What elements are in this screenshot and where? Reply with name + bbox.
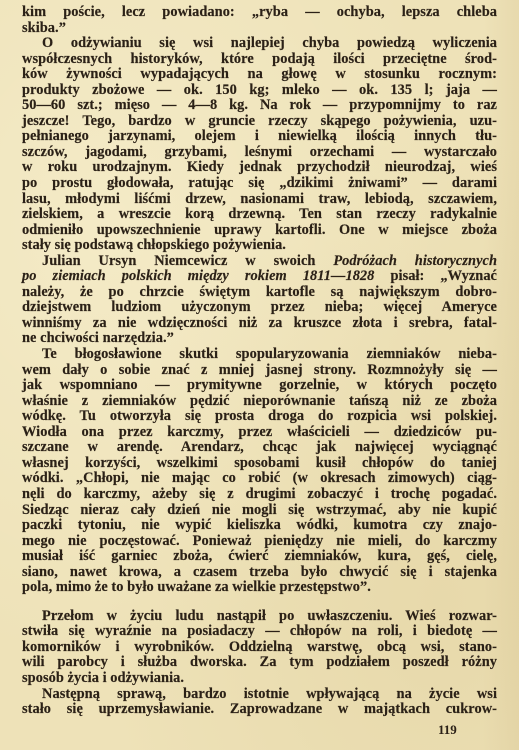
- text-line: w roku urodzajnym. Kiedy jednak przychod…: [22, 160, 497, 176]
- text-line: jeszcze! Tego, bardzo w gruncie rzeczy s…: [22, 114, 497, 130]
- paragraph: Julian Ursyn Niemcewicz w swoich Podróża…: [22, 254, 497, 347]
- text-line: nęli do karczmy, ażeby się z drugimi zob…: [22, 487, 497, 503]
- text-line: Następną sprawą, bardzo istotnie wpływaj…: [22, 687, 497, 703]
- paragraph: Te błogosławione skutki spopularyzowania…: [22, 347, 497, 596]
- text-line: szczów, jagodami, grzybami, leśnymi orze…: [22, 145, 497, 161]
- text-line: Te błogosławione skutki spopularyzowania…: [22, 347, 497, 363]
- book-title-italic: Podróżach historycznych: [333, 253, 497, 269]
- text-line: wili parobcy i służba dworska. Za tym po…: [22, 655, 497, 671]
- text-line: jak wspomniano — prymitywne gorzelnie, w…: [22, 378, 497, 394]
- text-line: współczesnych historyków, które podają i…: [22, 52, 497, 68]
- text-line: ków żywności wypadających na głowę w sto…: [22, 67, 497, 83]
- text-line: stwiła się wyraźnie na posiadaczy — chło…: [22, 624, 497, 640]
- text-line: pełnianego jarzynami, olejem i niewielką…: [22, 129, 497, 145]
- text-line: odmieniło upowszechnienie uprawy kartofl…: [22, 223, 497, 239]
- book-title-italic: po ziemiach polskich między rokiem 1811—…: [22, 268, 374, 284]
- paragraph: O odżywianiu się wsi najlepiej chyba pow…: [22, 36, 497, 254]
- text-line: stało się uprzemysławianie. Zaprowadzane…: [22, 702, 497, 718]
- text-line: Siedząc nieraz cały dzień nie mogli się …: [22, 503, 497, 519]
- text-line: sposób życia i odżywiania.: [22, 671, 497, 687]
- text-line: lasu, młodymi liśćmi drzew, nasionami tr…: [22, 192, 497, 208]
- book-page: kim poście, lecz powiadano: „ryba — ochy…: [0, 0, 519, 750]
- text-line: musiał iść garniec zboża, ćwierć ziemnia…: [22, 549, 497, 565]
- line-text: Julian Ursyn Niemcewicz w swoich: [42, 253, 333, 269]
- text-line: własnej korzyści, wszelkimi sposobami ku…: [22, 456, 497, 472]
- text-line: skiba.”: [22, 21, 497, 37]
- text-line: komorników i wyrobników. Oddzielną warst…: [22, 640, 497, 656]
- page-number: 119: [438, 722, 457, 738]
- text-line: dziejstwem ludziom użyczonym przez nieba…: [22, 300, 497, 316]
- text-line: Wiodła ona przez karczmy, przez właścici…: [22, 425, 497, 441]
- paragraph: Następną sprawą, bardzo istotnie wpływaj…: [22, 687, 497, 718]
- text-line: kim poście, lecz powiadano: „ryba — ochy…: [22, 5, 497, 21]
- text-line: wem dały o sobie znać z mniej jasnej str…: [22, 363, 497, 379]
- text-line: Julian Ursyn Niemcewicz w swoich Podróża…: [22, 254, 497, 270]
- text-line: produkty zbożowe — ok. 150 kg; mleko — o…: [22, 83, 497, 99]
- text-line: stały się podstawą chłopskiego pożywieni…: [22, 238, 497, 254]
- line-text: pisał: „Wyznać: [374, 268, 497, 284]
- body-text: kim poście, lecz powiadano: „ryba — ochy…: [22, 5, 497, 718]
- text-line: O odżywianiu się wsi najlepiej chyba pow…: [22, 36, 497, 52]
- text-line: należy, że po chrzcie świętym kartofle s…: [22, 285, 497, 301]
- text-line: po prostu głodowała, ratując się „dzikim…: [22, 176, 497, 192]
- text-line: mego nie poczęstować. Ponieważ pieniędzy…: [22, 534, 497, 550]
- text-line: 50—60 szt.; mięso — 4—8 kg. Na rok — prz…: [22, 98, 497, 114]
- text-line: pola, mimo że to było uważane za wielkie…: [22, 580, 497, 596]
- paragraph: Przełom w życiu ludu nastąpił po uwłaszc…: [22, 609, 497, 687]
- paragraph: kim poście, lecz powiadano: „ryba — ochy…: [22, 5, 497, 36]
- text-line: wódki. „Chłopi, nie mając co robić (w ok…: [22, 471, 497, 487]
- text-line: szczane w arendę. Arendarz, chcąc jak na…: [22, 440, 497, 456]
- text-line: ne chciwości narzędzia.”: [22, 331, 497, 347]
- text-line: siano, nawet krowa, a czasem trzeba było…: [22, 565, 497, 581]
- text-line: właśnie z ziemniaków pędzić nieporównani…: [22, 394, 497, 410]
- text-line: Przełom w życiu ludu nastąpił po uwłaszc…: [22, 609, 497, 625]
- text-line: paczki tytoniu, nie wypić kieliszka wódk…: [22, 518, 497, 534]
- text-line: zielskiem, a wreszcie korą drzewną. Ten …: [22, 207, 497, 223]
- text-line: wódkę. Tu otworzyła się prosta droga do …: [22, 409, 497, 425]
- text-line: winniśmy za nie wdzięczności niż za krus…: [22, 316, 497, 332]
- text-line: po ziemiach polskich między rokiem 1811—…: [22, 269, 497, 285]
